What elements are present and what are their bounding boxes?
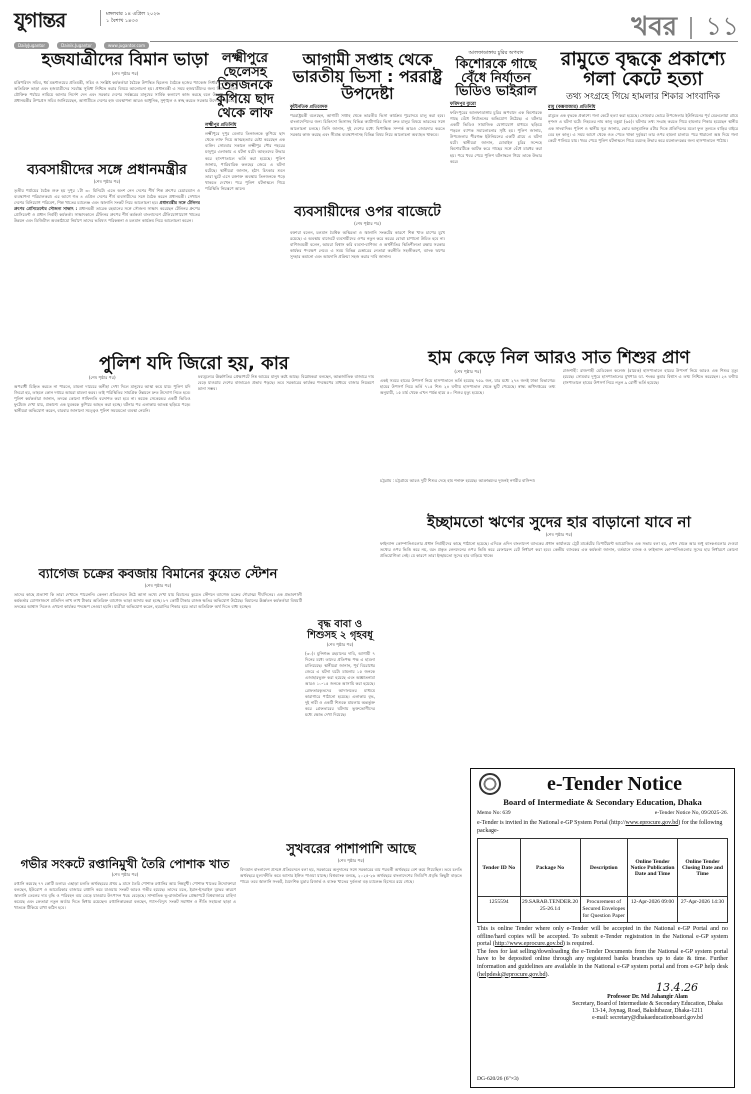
website-link[interactable]: www.jugantor.com <box>104 42 149 49</box>
headline: হজযাত্রীদের বিমান ভাড়া <box>14 52 236 70</box>
headline: বৃদ্ধ বাবা ও শিশুসহ ২ গৃহবধূ <box>305 620 375 641</box>
article-biman-kuwait: ব্যাগেজ চক্রের কবজায় বিমানের কুয়েত স্ট… <box>14 568 302 718</box>
article-good-news: সুখবরের পাশাপাশি আছে (শেষ পৃষ্ঠার পর) বি… <box>240 843 462 1088</box>
article-ramu: রামুতে বৃদ্ধকে প্রকাশ্যে গলা কেটে হত্যা … <box>548 50 738 350</box>
article-pm-businessmen: ব্যবসায়ীদের সঙ্গে প্রধানমন্ত্রীর (শেষ প… <box>14 163 200 353</box>
eprocure-url-link[interactable]: http://www.eprocure.gov.bd <box>495 941 563 947</box>
headline: পুলিশ যদি জিরো হয়, কার <box>14 355 374 374</box>
headline: ব্যবসায়ীদের ওপর বাজেটে <box>290 205 445 220</box>
tender-table: Tender ID No Package No Description Onli… <box>477 838 728 923</box>
article-body-right: দ্রব্যমূল্যের ঊর্ধ্বগতির প্রেক্ষাপটে নিম… <box>198 374 375 556</box>
masthead: যুগান্তর মঙ্গলবার ১৪ এপ্রিল ২০২৬ ১ বৈশাখ… <box>14 4 739 42</box>
tender-intro: e-Tender is invited in the National e-GP… <box>477 820 728 835</box>
headline: ব্যাগেজ চক্রের কবজায় বিমানের কুয়েত স্ট… <box>14 568 302 582</box>
article-budget: ব্যবসায়ীদের ওপর বাজেটে (শেষ পৃষ্ঠার পর)… <box>290 205 445 355</box>
article-body: তাদের কাছে প্রত্যাশা কি তারা দেখাতে পারে… <box>14 592 302 842</box>
helpdesk-email-link[interactable]: helpdesk@eprocure.gov.bd <box>479 972 545 978</box>
headline: আগামী সপ্তাহ থেকে ভারতীয় ভিসা : পররাষ্ট… <box>290 52 445 102</box>
article-interest-rate: ইচ্ছামতো ঋণের সুদের হার বাড়ানো যাবে না … <box>380 515 738 760</box>
article-police-zero: পুলিশ যদি জিরো হয়, কার (শেষ পৃষ্ঠার পর)… <box>14 355 374 560</box>
rajshahi-update: রাজশাহী: রাজশাহী মেডিকেল কলেজ (রামেক) হা… <box>563 368 739 498</box>
article-body: মন্ত্রিপরিষদ সচিব, ধর্ম মন্ত্রণালয়ের প্… <box>14 80 236 160</box>
signer-block: Professor Dr. Md Jahangir Alam Secretary… <box>567 994 728 1022</box>
date-bengali: ১ বৈশাখ ১৪৩৩ <box>106 18 138 25</box>
article-kishore-tree: আলফাডাঙ্গায় চুরির অপবাদ কিশোরকে গাছে বে… <box>450 50 542 350</box>
chattogram-update: চট্টগ্রাম : চট্টগ্রামে আরও দুটি শিশুর দে… <box>380 478 556 498</box>
signature: 13.4.26 <box>477 981 728 994</box>
section-title: খবর ১১ <box>631 6 739 50</box>
masthead-divider <box>150 41 738 42</box>
subheadline: তথ্য সংগ্রহে গিয়ে হামলার শিকার সাংবাদিক <box>548 93 738 102</box>
article-body: রামুতে এক বৃদ্ধকে প্রকাশ্যে গলা কেটে হত্… <box>548 113 738 333</box>
headline: সুখবরের পাশাপাশি আছে <box>240 843 462 857</box>
headline: ইচ্ছামতো ঋণের সুদের হার বাড়ানো যাবে না <box>380 515 738 531</box>
tender-notice: e-Tender Notice Board of Intermediate & … <box>470 768 735 1088</box>
table-row: 1255594 29.SARAB.TENDER.2025-26.14 Procu… <box>478 897 728 923</box>
article-body: বক্তারা বলেন, চলমান বৈশ্বিক অস্থিরতা ও জ… <box>290 230 445 355</box>
article-old-father: বৃদ্ধ বাবা ও শিশুসহ ২ গৃহবধূ (শেষ পৃষ্ঠা… <box>305 620 375 840</box>
article-body: বিদ্যমান বাংলাদেশ প্রসঙ্গে প্রতিবেদনে বল… <box>240 867 462 1087</box>
article-lakshmipur: লক্ষ্মীপুরে ছেলেসহ তিনজনকে কুপিয়ে ছাদ থ… <box>205 52 285 352</box>
headline: হাম কেড়ে নিল আরও সাত শিশুর প্রাণ <box>380 350 738 368</box>
headline: লক্ষ্মীপুরে ছেলেসহ তিনজনকে কুপিয়ে ছাদ থ… <box>205 52 285 120</box>
article-body: ফরিদপুরের আলফাডাঙ্গায় চুরির অপবাদে এক ক… <box>450 110 542 330</box>
memo-number: Memo No: 639 <box>477 810 511 816</box>
facebook-link[interactable]: Dainik.Jugantor <box>57 42 96 49</box>
tender-terms: This is online Tender where only e-Tende… <box>477 926 728 949</box>
article-body: ফাইন্যান্স কোম্পানিগুলোর প্রধান নির্বাহী… <box>380 541 738 751</box>
tender-title: e-Tender Notice <box>501 773 728 796</box>
article-body: একই সময়ে হামের উপসর্গ নিয়ে হাসপাতালে ভ… <box>380 378 556 478</box>
eprocure-link[interactable]: www.eprocure.gov.bd <box>626 820 679 826</box>
dg-code: DG-620/26 (6"×3) <box>477 1076 519 1082</box>
notice-number: e-Tender Notice No, 09/2025-26. <box>655 810 728 816</box>
article-body: (৩০)। মুন্সিগঞ্জ রহমানের দাবি, আগামী ৭ দ… <box>305 651 375 841</box>
article-body: রপ্তানি কমেছে ৭৭ কোটি ডলার। এছাড়া চলতি … <box>14 881 236 1081</box>
article-measles: হাম কেড়ে নিল আরও সাত শিশুর প্রাণ (শেষ প… <box>380 350 738 510</box>
headline: কিশোরকে গাছে বেঁধে নির্যাতন ভিডিও ভাইরাল <box>450 58 542 99</box>
article-body: লক্ষ্মীপুরে দুপুর বেলায় তিনজনকে কুপিয়ে… <box>205 131 285 361</box>
headline: ব্যবসায়ীদের সঙ্গে প্রধানমন্ত্রীর <box>14 163 200 178</box>
page-number: ১১ <box>705 12 739 42</box>
article-hajj-fare: হজযাত্রীদের বিমান ভাড়া (শেষ পৃষ্ঠার পর)… <box>14 52 236 162</box>
article-garment-export: গভীর সংকটে রপ্তানিমুখী তৈরি পোশাক খাত (শ… <box>14 858 236 1088</box>
date-gregorian: মঙ্গলবার ১৪ এপ্রিল ২০২৬ <box>106 11 160 18</box>
twitter-link[interactable]: DailyJugantor <box>14 42 49 49</box>
headline: গভীর সংকটে রপ্তানিমুখী তৈরি পোশাক খাত <box>14 858 236 871</box>
tender-organization: Board of Intermediate & Secondary Educat… <box>477 797 728 807</box>
headline: রামুতে বৃদ্ধকে প্রকাশ্যে গলা কেটে হত্যা <box>548 50 738 90</box>
article-india-visa: আগামী সপ্তাহ থেকে ভারতীয় ভিসা : পররাষ্ট… <box>290 52 445 202</box>
tender-fees: The fees for last selling/downloading th… <box>477 949 728 979</box>
article-body: অপরাধী চিহ্নিত করতে না পারলে, মামলা দায়… <box>14 384 191 559</box>
board-emblem-icon <box>479 773 501 795</box>
social-links: DailyJugantor Dainik.Jugantor www.jugant… <box>14 32 152 51</box>
article-body: পররাষ্ট্রমন্ত্রী বলেছেন, আগামী সপ্তাহ থে… <box>290 113 445 213</box>
